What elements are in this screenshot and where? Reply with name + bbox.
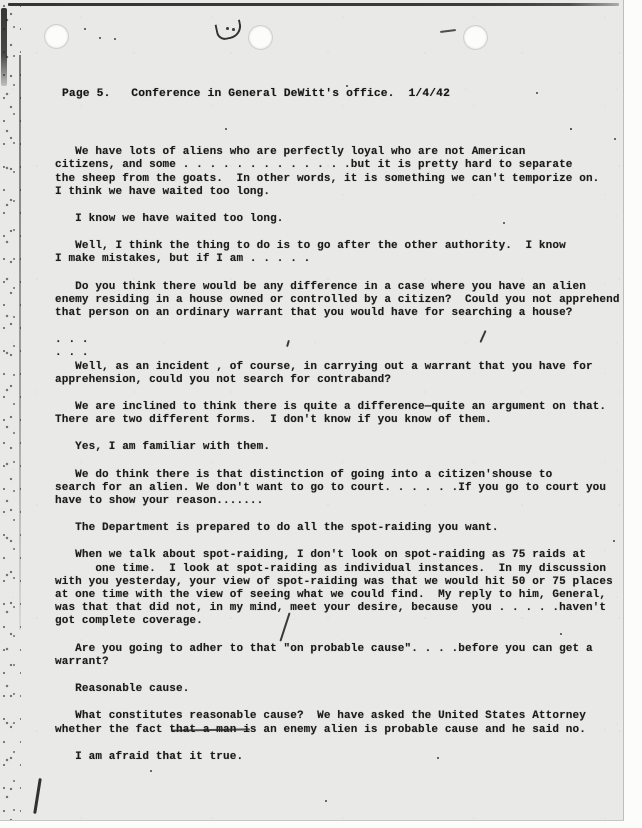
text-line: Well, I think the thing to do is to go a… (55, 240, 615, 253)
document-title: Page 5. Conference in General DeWitt's o… (62, 88, 615, 101)
text-line: with you yesterday, your view of spot-ra… (55, 576, 615, 589)
punch-hole-right (464, 26, 487, 49)
text-line: apprehension, could you not search for c… (55, 374, 615, 387)
text-line: What constitutes reasonable cause? We ha… (55, 710, 615, 723)
paragraph: What constitutes reasonable cause? We ha… (55, 710, 615, 736)
scan-corner-blob (1, 8, 7, 86)
text-line: . . . (55, 334, 615, 347)
text-line: The Department is prepared to do all the… (55, 522, 615, 535)
paragraph: When we talk about spot-raiding, I don't… (55, 549, 615, 628)
paragraph: . . .. . . Well, as an incident , of cou… (55, 334, 615, 387)
scan-left-edge-band (0, 0, 21, 820)
text-line: at one time with the view of seeing what… (55, 589, 615, 602)
text-line: warrant? (55, 656, 615, 669)
document-page: Page 5. Conference in General DeWitt's o… (0, 0, 624, 820)
paragraph: Yes, I am familiar with them. (55, 441, 615, 454)
text-line: have to show your reason....... (55, 495, 615, 508)
text-line: Are you going to adher to that "on proba… (55, 643, 615, 656)
text-line: enemy residing in a house owned or contr… (55, 294, 615, 307)
paragraph: We have lots of aliens who are perfectly… (55, 146, 615, 199)
text-line: When we talk about spot-raiding, I don't… (55, 549, 615, 562)
text-line: We are inclined to think there is quite … (55, 401, 615, 414)
text-line: There are two different forms. I don't k… (55, 414, 615, 427)
paragraph: I know we have waited too long. (55, 213, 615, 226)
paragraph: Are you going to adher to that "on proba… (55, 643, 615, 669)
text-line: whether the fact that a man is an enemy … (55, 724, 615, 737)
document-body: We have lots of aliens who are perfectly… (55, 146, 615, 764)
paragraph: The Department is prepared to do all the… (55, 522, 615, 535)
scan-left-edge-line (19, 55, 21, 630)
text-line: Yes, I am familiar with them. (55, 441, 615, 454)
text-line: I am afraid that it true. (55, 751, 615, 764)
text-line: I think we have waited too long. (55, 186, 615, 199)
punch-hole-center (249, 26, 272, 49)
text-line: I know we have waited too long. (55, 213, 615, 226)
paragraph: Well, I think the thing to do is to go a… (55, 240, 615, 266)
text-line: Well, as an incident , of course, in car… (55, 361, 615, 374)
paragraph: Reasonable cause. (55, 683, 615, 696)
paragraph: I am afraid that it true. (55, 751, 615, 764)
text-line: citizens, and some . . . . . . . . . . .… (55, 159, 615, 172)
text-line: that person on an ordinary warrant that … (55, 307, 615, 320)
text-line: Do you think there would be any differen… (55, 281, 615, 294)
text-line: was that that did not, in my mind, meet … (55, 602, 615, 615)
scan-top-edge-artifact (8, 3, 619, 6)
text-line: . . . (55, 347, 615, 360)
text-line: the sheep from the goats. In other words… (55, 173, 615, 186)
text-line: Reasonable cause. (55, 683, 615, 696)
text-line: We have lots of aliens who are perfectly… (55, 146, 615, 159)
text-line: I make mistakes, but if I am . . . . . (55, 253, 615, 266)
document-text: Page 5. Conference in General DeWitt's o… (55, 88, 615, 778)
paragraph: We do think there is that distinction of… (55, 469, 615, 509)
paragraph: We are inclined to think there is quite … (55, 401, 615, 427)
punch-hole-left (45, 25, 68, 48)
text-line: search for an alien. We don't want to go… (55, 482, 615, 495)
text-line: We do think there is that distinction of… (55, 469, 615, 482)
text-line: got complete coverage. (55, 615, 615, 628)
paragraph: Do you think there would be any differen… (55, 281, 615, 321)
text-line: one time. I look at spot-raiding as indi… (55, 563, 615, 576)
